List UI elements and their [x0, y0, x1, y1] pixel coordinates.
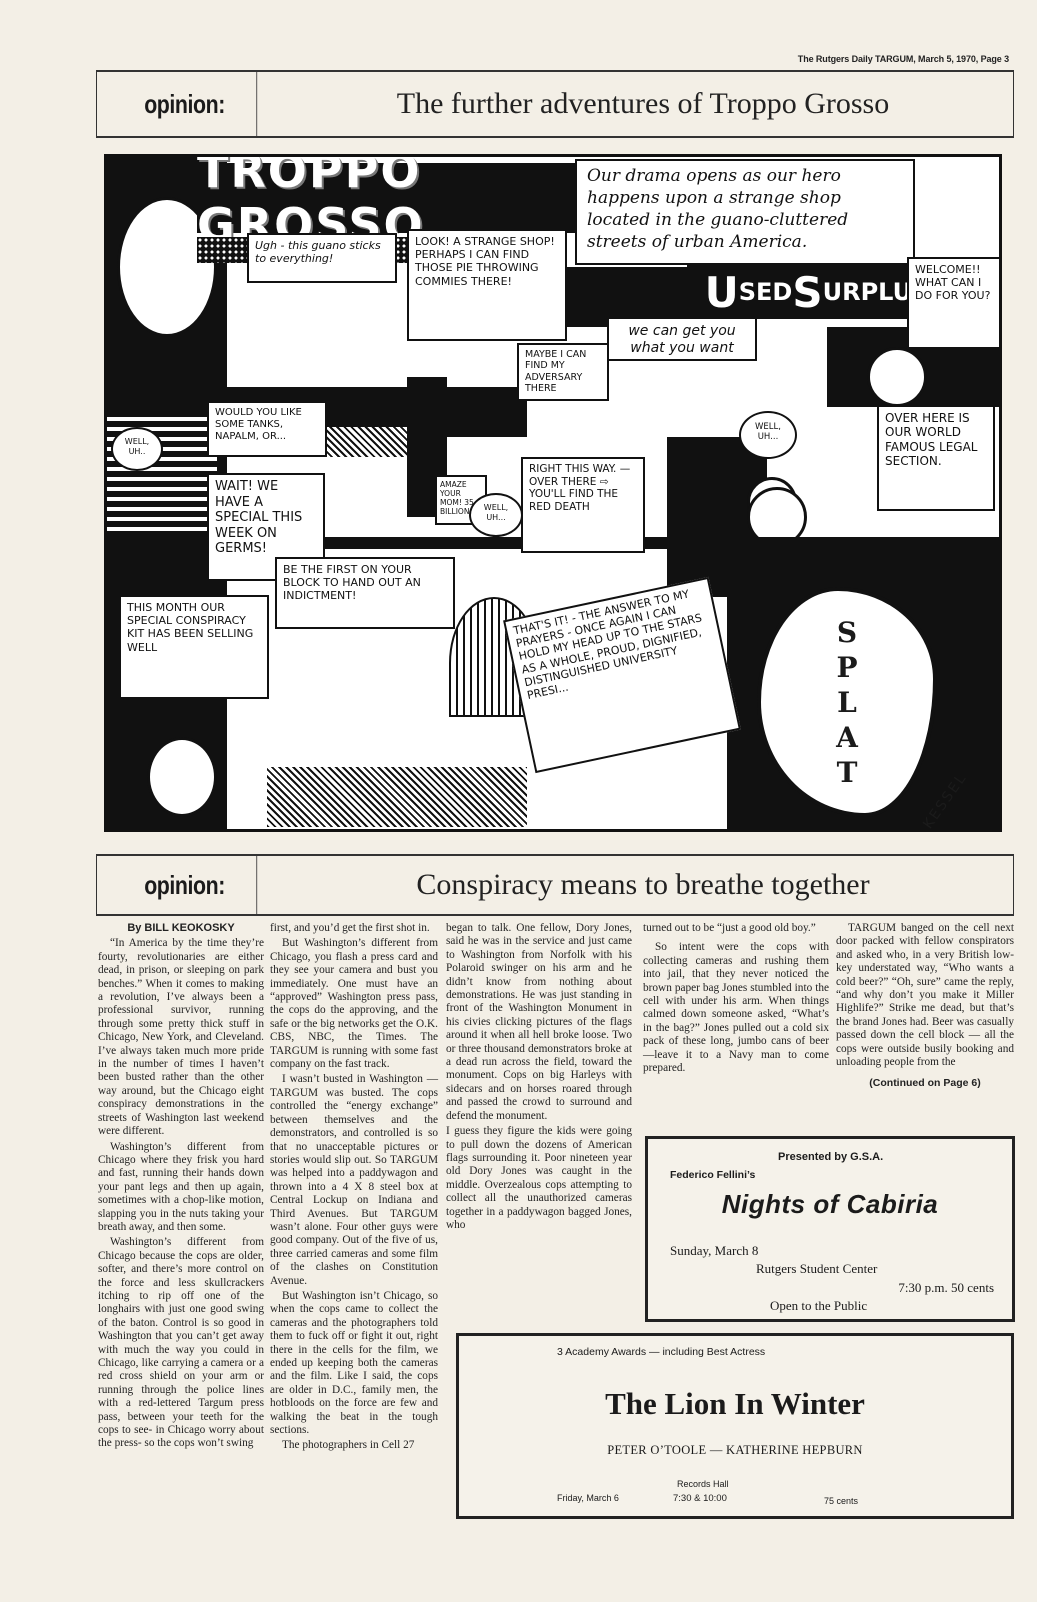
comic-masthead: TROPPO GROSSO: [197, 163, 597, 233]
section-label: opinion:: [113, 72, 257, 136]
speech-bubble-be-the-first: BE THE FIRST ON YOUR BLOCK TO HAND OUT A…: [275, 557, 455, 629]
speech-bubble-maybe: MAYBE I CAN FIND MY ADVERSARY THERE: [517, 343, 609, 401]
paragraph: But Washington isn’t Chicago, so when th…: [270, 1290, 438, 1437]
speech-bubble-look: LOOK! A STRANGE SHOP! PERHAPS I CAN FIND…: [407, 229, 567, 341]
article-column-3: began to talk. One fellow, Dory Jones, s…: [446, 922, 632, 1234]
continued-on-page-link[interactable]: (Continued on Page 6): [836, 1077, 1014, 1090]
speech-bubble-welcome: WELCOME!! WHAT CAN I DO FOR YOU?: [907, 257, 1002, 349]
ad-venue: Records Hall: [677, 1479, 729, 1489]
paragraph: But Washington’s different from Chicago,…: [270, 937, 438, 1071]
ad-stars: PETER O’TOOLE — KATHERINE HEPBURN: [459, 1443, 1011, 1458]
ad-presenter: Presented by G.S.A.: [778, 1151, 883, 1163]
paragraph: Washington’s different from Chicago wher…: [98, 1141, 264, 1235]
narration-caption: Our drama opens as our hero happens upon…: [575, 159, 915, 265]
speech-bubble-guano: Ugh - this guano sticks to everything!: [247, 233, 397, 283]
headline: Conspiracy means to breathe together: [273, 868, 1013, 902]
article-column-2: first, and you’d get the first shot in. …: [270, 922, 438, 1455]
speech-bubble-well-uh-1: WELL, UH..: [111, 427, 163, 471]
ad-price: 75 cents: [824, 1496, 858, 1506]
paragraph: Washington’s different from Chicago beca…: [98, 1236, 264, 1451]
speech-bubble-would-you-like: WOULD YOU LIKE SOME TANKS, NAPALM, OR...: [207, 401, 327, 457]
paragraph: The photographers in Cell 27: [270, 1439, 438, 1452]
ad-time-price: 7:30 p.m. 50 cents: [898, 1280, 994, 1296]
speech-bubble-well-uh-2: WELL, UH...: [469, 493, 523, 537]
paragraph: began to talk. One fellow, Dory Jones, s…: [446, 922, 632, 1123]
ad-date: Friday, March 6: [557, 1493, 619, 1503]
capitol-steps: [267, 767, 527, 827]
speech-bubble-over-here: OVER HERE IS OUR WORLD FAMOUS LEGAL SECT…: [877, 405, 995, 511]
speech-bubble-this-month: THIS MONTH OUR SPECIAL CONSPIRACY KIT HA…: [119, 595, 269, 699]
article-column-4: turned out to be “just a good old boy.” …: [643, 922, 829, 1077]
ad-lion-in-winter: 3 Academy Awards — including Best Actres…: [456, 1333, 1014, 1519]
monster-face-icon: [147, 737, 217, 817]
ad-admission: Open to the Public: [770, 1298, 867, 1314]
section-label: opinion:: [113, 856, 257, 914]
ad-director: Federico Fellini’s: [670, 1169, 755, 1181]
speech-bubble-we-can-get: we can get you what you want: [607, 317, 757, 361]
speech-bubble-well-uh-3: WELL, UH...: [739, 411, 797, 459]
uncle-sam-face-icon: [867, 347, 927, 407]
speech-bubble-right-this-way: RIGHT THIS WAY. — OVER THERE ⇨ YOU'LL FI…: [521, 457, 645, 553]
ad-film-title: Nights of Cabiria: [648, 1189, 1012, 1220]
opinion-header-comic: opinion: The further adventures of Tropp…: [96, 70, 1014, 138]
paragraph: first, and you’d get the first shot in.: [270, 922, 438, 935]
ad-nights-of-cabiria: Presented by G.S.A. Federico Fellini’s N…: [645, 1136, 1015, 1322]
paragraph: turned out to be “just a good old boy.”: [643, 922, 829, 935]
opinion-header-article: opinion: Conspiracy means to breathe tog…: [96, 854, 1014, 916]
byline: By BILL KEOKOSKY: [98, 922, 264, 935]
paragraph: TARGUM banged on the cell next door pack…: [836, 922, 1014, 1069]
ad-film-title: The Lion In Winter: [459, 1386, 1011, 1422]
paragraph: So intent were the cops with collecting …: [643, 941, 829, 1075]
ad-tagline: 3 Academy Awards — including Best Actres…: [557, 1346, 765, 1358]
paragraph: “In America by the time they’re fourty, …: [98, 937, 264, 1138]
ad-date: Sunday, March 8: [670, 1243, 758, 1259]
ad-venue: Rutgers Student Center: [756, 1261, 877, 1277]
paragraph: I wasn’t busted in Washington — TARGUM w…: [270, 1073, 438, 1288]
headline: The further adventures of Troppo Grosso: [273, 87, 1013, 121]
paragraph: I guess they figure the kids were going …: [446, 1125, 632, 1232]
editorial-cartoon: TROPPO GROSSO U SED S URPLUS S P L A T O…: [104, 154, 1002, 832]
article-column-5: TARGUM banged on the cell next door pack…: [836, 922, 1014, 1093]
article-column-1: By BILL KEOKOSKY “In America by the time…: [98, 922, 264, 1453]
speech-bubble-thats-it: THAT'S IT! - THE ANSWER TO MY PRAYERS - …: [503, 577, 741, 773]
ad-times: 7:30 & 10:00: [673, 1493, 727, 1504]
page-folio: The Rutgers Daily TARGUM, March 5, 1970,…: [798, 54, 1009, 64]
